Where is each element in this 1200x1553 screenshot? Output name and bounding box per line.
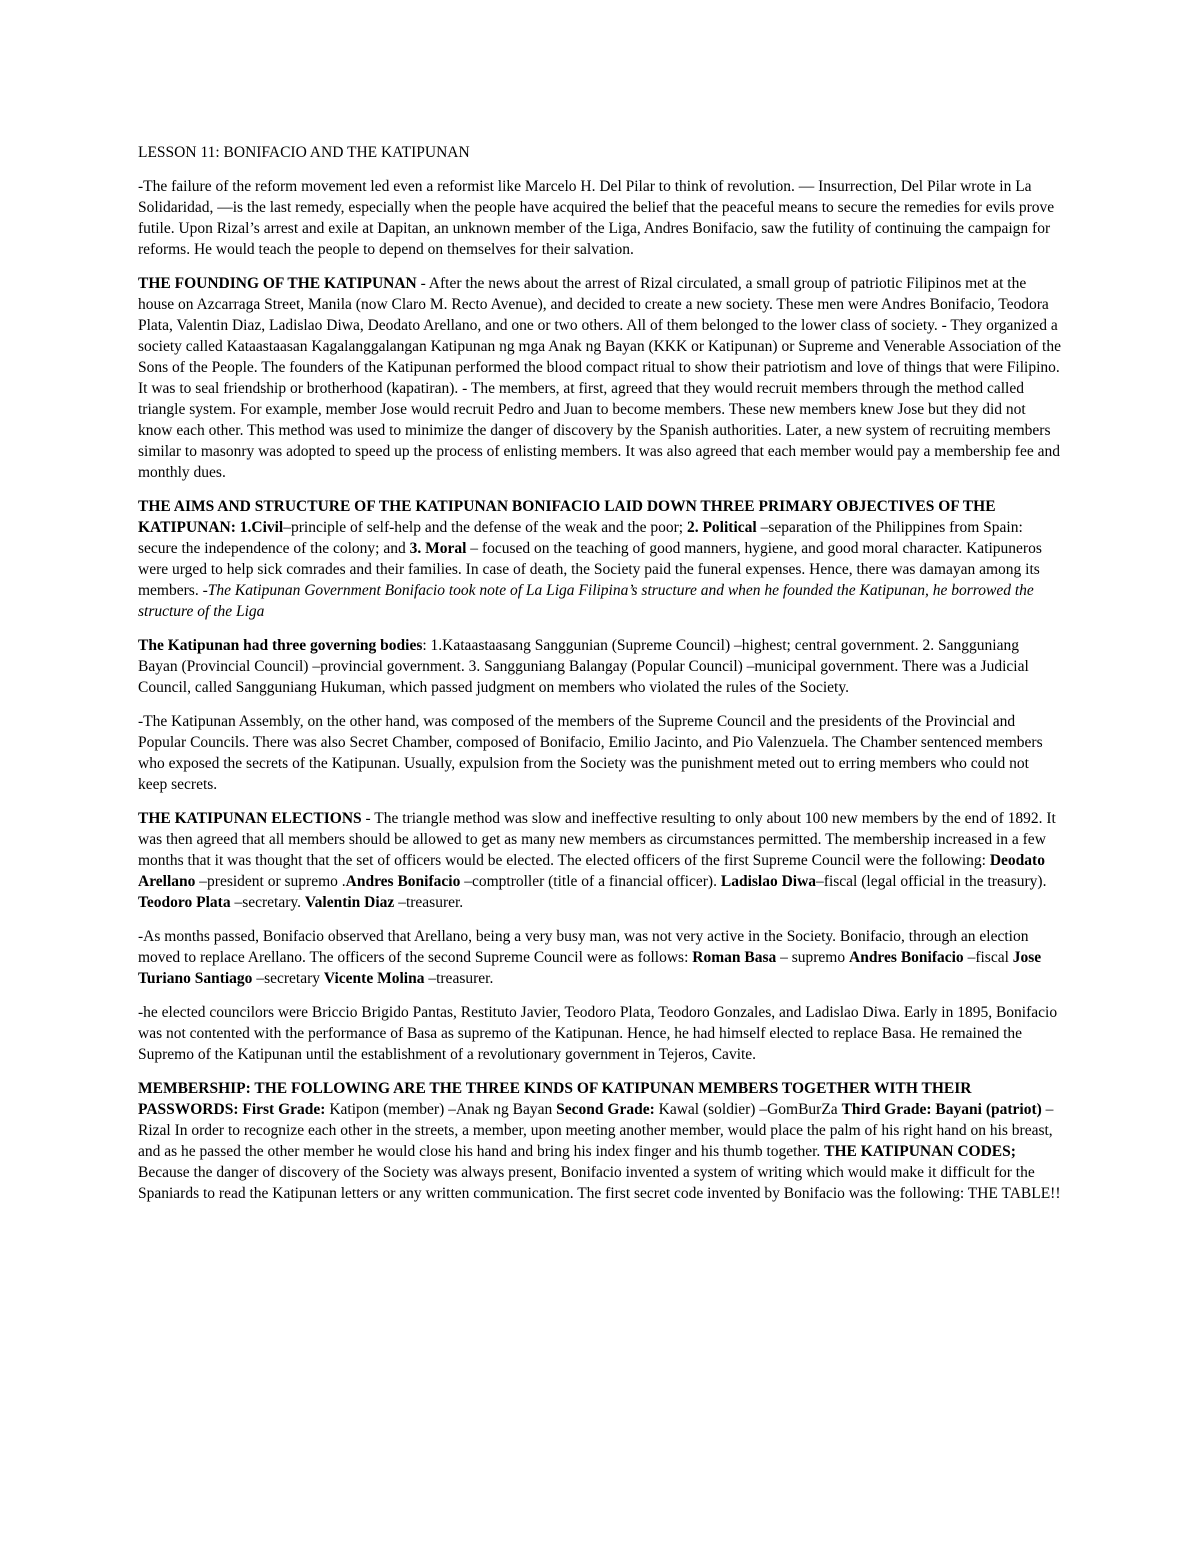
text-run: –treasurer. bbox=[424, 970, 493, 987]
text-run: -The Katipunan Government Bonifacio took… bbox=[138, 582, 1034, 620]
text-run: Kawal (soldier) –GomBurZa bbox=[655, 1101, 842, 1118]
text-run: 2. Political bbox=[687, 519, 761, 536]
text-run: Ladislao Diwa bbox=[721, 873, 816, 890]
text-run: Roman Basa bbox=[692, 949, 776, 966]
text-run: Andres Bonifacio bbox=[346, 873, 461, 890]
text-run: -The failure of the reform movement led … bbox=[138, 178, 1054, 258]
text-run: THE KATIPUNAN CODES; bbox=[824, 1143, 1016, 1160]
text-run: –treasurer. bbox=[394, 894, 463, 911]
text-run: –fiscal (legal official in the treasury)… bbox=[816, 873, 1046, 890]
text-run: – supremo bbox=[776, 949, 849, 966]
page: LESSON 11: BONIFACIO AND THE KATIPUNAN -… bbox=[0, 0, 1200, 1553]
text-run: –secretary bbox=[252, 970, 323, 987]
paragraph-reform-failure: -The failure of the reform movement led … bbox=[138, 176, 1062, 260]
text-run: - After the news about the arrest of Riz… bbox=[138, 275, 1061, 481]
paragraph-aims-structure: THE AIMS AND STRUCTURE OF THE KATIPUNAN … bbox=[138, 496, 1062, 622]
text-run: Katipon (member) –Anak ng Bayan bbox=[325, 1101, 556, 1118]
paragraph-elections: THE KATIPUNAN ELECTIONS - The triangle m… bbox=[138, 808, 1062, 913]
text-run: Third Grade: Bayani (patriot) bbox=[842, 1101, 1042, 1118]
text-run: THE FOUNDING OF THE KATIPUNAN bbox=[138, 275, 417, 292]
text-run: -The Katipunan Assembly, on the other ha… bbox=[138, 713, 1043, 793]
text-run: THE KATIPUNAN ELECTIONS bbox=[138, 810, 362, 827]
text-run: -he elected councilors were Briccio Brig… bbox=[138, 1004, 1057, 1063]
text-run: Second Grade: bbox=[556, 1101, 655, 1118]
document-body: LESSON 11: BONIFACIO AND THE KATIPUNAN -… bbox=[138, 142, 1062, 1217]
text-run: –fiscal bbox=[964, 949, 1013, 966]
paragraph-assembly: -The Katipunan Assembly, on the other ha… bbox=[138, 711, 1062, 795]
text-run: –principle of self-help and the defense … bbox=[283, 519, 687, 536]
text-run: 3. Moral bbox=[410, 540, 471, 557]
text-run: Because the danger of discovery of the S… bbox=[138, 1164, 1061, 1202]
text-run: –comptroller (title of a financial offic… bbox=[460, 873, 721, 890]
paragraph-founding: THE FOUNDING OF THE KATIPUNAN - After th… bbox=[138, 273, 1062, 483]
text-run: The Katipunan had three governing bodies bbox=[138, 637, 422, 654]
text-run: Valentin Diaz bbox=[305, 894, 394, 911]
text-run: –president or supremo . bbox=[195, 873, 345, 890]
paragraph-membership: MEMBERSHIP: THE FOLLOWING ARE THE THREE … bbox=[138, 1078, 1062, 1204]
text-run: Andres Bonifacio bbox=[849, 949, 964, 966]
text-run: Vicente Molina bbox=[324, 970, 425, 987]
document-title: LESSON 11: BONIFACIO AND THE KATIPUNAN bbox=[138, 142, 1062, 163]
text-run: Teodoro Plata bbox=[138, 894, 231, 911]
paragraph-second-council: -As months passed, Bonifacio observed th… bbox=[138, 926, 1062, 989]
text-run: –secretary. bbox=[231, 894, 305, 911]
paragraph-governing-bodies: The Katipunan had three governing bodies… bbox=[138, 635, 1062, 698]
paragraph-councilors: -he elected councilors were Briccio Brig… bbox=[138, 1002, 1062, 1065]
